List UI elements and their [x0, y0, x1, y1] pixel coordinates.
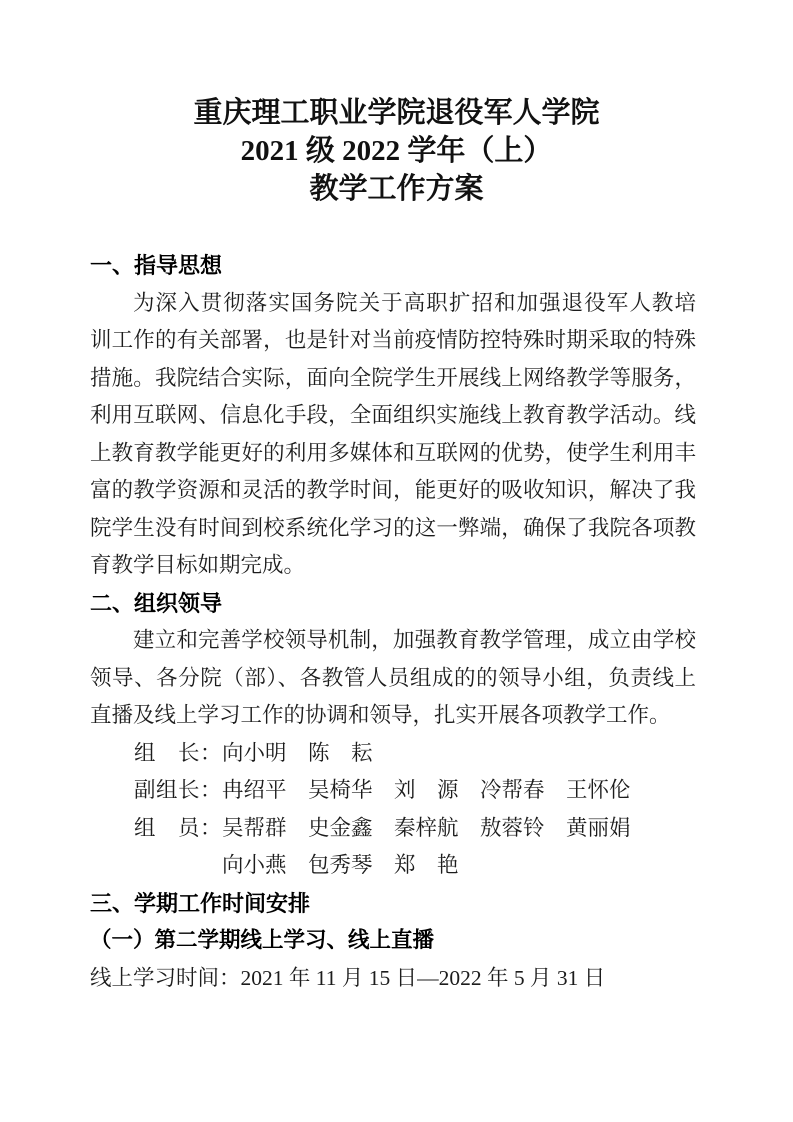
title-line-3: 教学工作方案	[0, 170, 793, 208]
roster-leader-names: 向小明 陈 耘	[222, 741, 373, 765]
paragraph-line: 直播及线上学习工作的协调和领导，扎实开展各项教学工作。	[90, 697, 696, 735]
paragraph-line: 上教育教学能更好的利用多媒体和互联网的优势，使学生利用丰	[90, 435, 696, 473]
roster-line-leader: 组 长：向小明 陈 耘	[134, 735, 696, 773]
document-body: 一、指导思想 为深入贯彻落实国务院关于高职扩招和加强退役军人教培 训工作的有关部…	[90, 247, 696, 997]
paragraph-line: 育教学目标如期完成。	[90, 547, 696, 585]
paragraph-line: 领导、各分院（部）、各教管人员组成的的领导小组，负责线上	[90, 660, 696, 698]
paragraph-line: 训工作的有关部署，也是针对当前疫情防控特殊时期采取的特殊	[90, 322, 696, 360]
section-3-subheading: （一）第二学期线上学习、线上直播	[90, 922, 696, 960]
paragraph-line: 利用互联网、信息化手段，全面组织实施线上教育教学活动。线	[90, 397, 696, 435]
roster-line-deputy: 副组长：冉绍平 吴椅华 刘 源 冷帮春 王怀伦	[134, 772, 696, 810]
roster-deputy-names: 冉绍平 吴椅华 刘 源 冷帮春 王怀伦	[222, 778, 631, 802]
roster-line-members-continued: 向小燕 包秀琴 郑 艳	[222, 847, 696, 885]
section-2-heading: 二、组织领导	[90, 585, 696, 623]
document-page: 重庆理工职业学院退役军人学院 2021 级 2022 学年（上） 教学工作方案 …	[0, 0, 793, 1122]
roster-leader-label: 组 长：	[134, 741, 222, 765]
section-1-heading: 一、指导思想	[90, 247, 696, 285]
paragraph-line: 措施。我院结合实际，面向全院学生开展线上网络教学等服务，	[90, 360, 696, 398]
paragraph-line: 富的教学资源和灵活的教学时间，能更好的吸收知识，解决了我	[90, 472, 696, 510]
section-3-heading: 三、学期工作时间安排	[90, 885, 696, 923]
title-line-1: 重庆理工职业学院退役军人学院	[0, 94, 793, 132]
roster-deputy-label: 副组长：	[134, 778, 222, 802]
schedule-line: 线上学习时间：2021 年 11 月 15 日—2022 年 5 月 31 日	[90, 960, 696, 998]
roster-line-members: 组 员：吴帮群 史金鑫 秦梓航 敖蓉铃 黄丽娟	[134, 810, 696, 848]
paragraph-line: 院学生没有时间到校系统化学习的这一弊端，确保了我院各项教	[90, 510, 696, 548]
paragraph-line: 建立和完善学校领导机制，加强教育教学管理，成立由学校	[90, 622, 696, 660]
document-title: 重庆理工职业学院退役军人学院 2021 级 2022 学年（上） 教学工作方案	[0, 94, 793, 208]
roster-member-label: 组 员：	[134, 816, 222, 840]
roster-member-names: 吴帮群 史金鑫 秦梓航 敖蓉铃 黄丽娟	[222, 816, 631, 840]
title-line-2: 2021 级 2022 学年（上）	[0, 132, 793, 170]
paragraph-line: 为深入贯彻落实国务院关于高职扩招和加强退役军人教培	[90, 285, 696, 323]
